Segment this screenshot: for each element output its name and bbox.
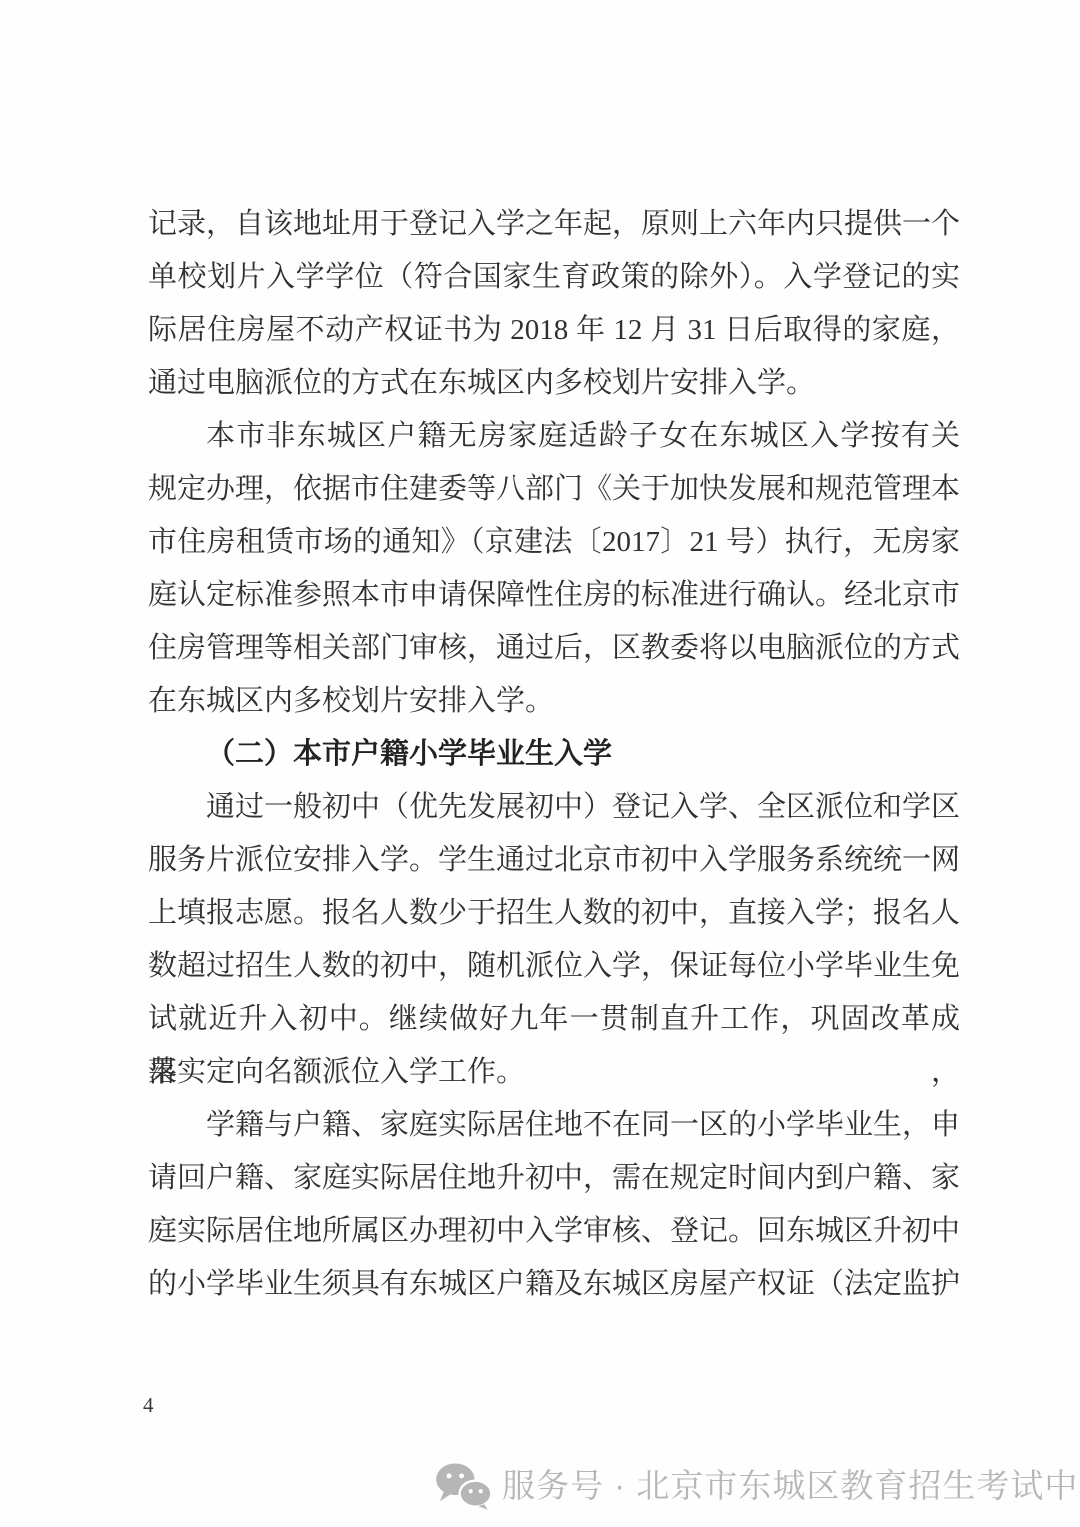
text-line: 记录，自该地址用于登记入学之年起，原则上六年内只提供一个	[148, 198, 960, 251]
text-block: 记录，自该地址用于登记入学之年起，原则上六年内只提供一个单校划片入学学位（符合国…	[148, 198, 960, 1311]
text-line: 在东城区内多校划片安排入学。	[148, 675, 960, 728]
footer-watermark-text: 服务号 · 北京市东城区教育招生考试中心	[502, 1462, 1080, 1510]
text-line: 际居住房屋不动产权证书为 2018 年 12 月 31 日后取得的家庭，	[148, 304, 960, 357]
page-number: 4	[143, 1393, 154, 1418]
text-line: 庭认定标准参照本市申请保障性住房的标准进行确认。经北京市	[148, 569, 960, 622]
text-line: 试就近升入初中。继续做好九年一贯制直升工作，巩固改革成果，	[148, 993, 960, 1046]
text-line: 庭实际居住地所属区办理初中入学审核、登记。回东城区升初中	[148, 1205, 960, 1258]
footer-watermark: 服务号 · 北京市东城区教育招生考试中心	[434, 1462, 1080, 1510]
text-line: 的小学毕业生须具有东城区户籍及东城区房屋产权证（法定监护	[148, 1258, 960, 1311]
text-line: 通过一般初中（优先发展初中）登记入学、全区派位和学区	[148, 781, 960, 834]
text-line: 市住房租赁市场的通知》（京建法〔2017〕21 号）执行，无房家	[148, 516, 960, 569]
section-heading: （二）本市户籍小学毕业生入学	[148, 728, 960, 781]
text-line: 住房管理等相关部门审核，通过后，区教委将以电脑派位的方式	[148, 622, 960, 675]
document-page: 记录，自该地址用于登记入学之年起，原则上六年内只提供一个单校划片入学学位（符合国…	[0, 0, 1080, 1527]
text-line: 本市非东城区户籍无房家庭适龄子女在东城区入学按有关	[148, 410, 960, 463]
text-line: 通过电脑派位的方式在东城区内多校划片安排入学。	[148, 357, 960, 410]
text-line: 上填报志愿。报名人数少于招生人数的初中，直接入学；报名人	[148, 887, 960, 940]
text-line: 服务片派位安排入学。学生通过北京市初中入学服务系统统一网	[148, 834, 960, 887]
text-line: 请回户籍、家庭实际居住地升初中，需在规定时间内到户籍、家	[148, 1152, 960, 1205]
text-line: 学籍与户籍、家庭实际居住地不在同一区的小学毕业生，申	[148, 1099, 960, 1152]
wechat-icon	[434, 1462, 492, 1510]
text-line: 规定办理，依据市住建委等八部门《关于加快发展和规范管理本	[148, 463, 960, 516]
text-line: 单校划片入学学位（符合国家生育政策的除外）。入学登记的实	[148, 251, 960, 304]
text-line: 数超过招生人数的初中，随机派位入学，保证每位小学毕业生免	[148, 940, 960, 993]
